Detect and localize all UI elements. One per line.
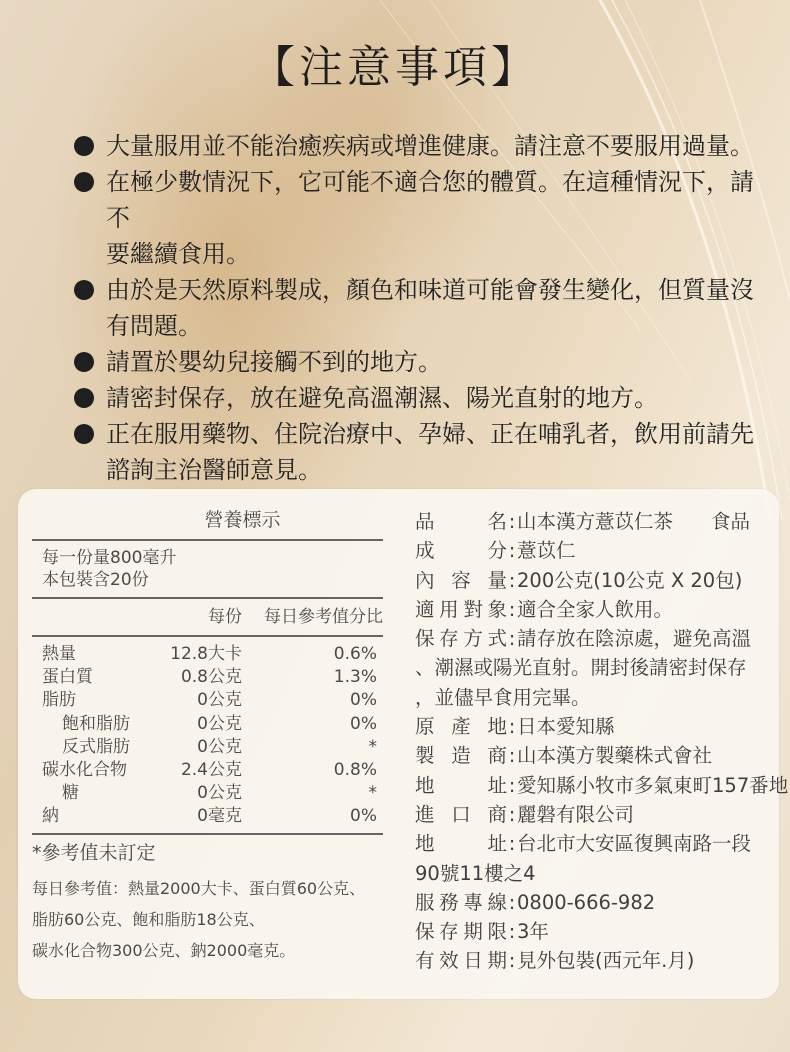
serving-size: 每一份量800毫升: [42, 547, 383, 569]
table-row: 熱量 12.8大卡 0.6%: [32, 643, 383, 666]
product-info: 品 名:山本漢方薏苡仁茶食品 成 分:薏苡仁 內 容 量:200公克(10公克 …: [415, 507, 775, 976]
header-daily-value: 每日參考值分比: [242, 605, 383, 629]
table-row: 納 0毫克 0%: [32, 805, 383, 828]
info-shelf-life: 保存期限:3年: [415, 917, 775, 946]
nutrition-facts-table: 營養標示 每一份量800毫升 本包裝含20份 每份 每日參考值分比 熱量 12.…: [32, 489, 383, 966]
nutrition-title: 營養標示: [32, 489, 383, 539]
info-manufacturer-address: 地 址:愛知縣小牧市多氣東町157番地: [415, 771, 775, 800]
warning-text: 請置於嬰幼兒接觸不到的地方。: [106, 344, 754, 380]
info-importer-address-cont: 90號11樓之4: [415, 859, 775, 888]
info-storage-cont: ，並儘早食用完畢。: [415, 683, 775, 712]
info-product-name: 品 名:山本漢方薏苡仁茶食品: [415, 507, 775, 536]
page-title: 【注意事項】: [0, 38, 790, 98]
bullet-icon: [74, 352, 94, 372]
nutrition-rows: 熱量 12.8大卡 0.6% 蛋白質 0.8公克 1.3% 脂肪 0公克 0% …: [32, 637, 383, 833]
info-storage-cont: 、潮濕或陽光直射。開封後請密封保存: [415, 653, 775, 682]
warning-item: 由於是天然原料製成，顏色和味道可能會發生變化，但質量沒 有問題。: [74, 272, 754, 344]
warning-text: 要繼續食用。: [106, 236, 754, 272]
header-per-serving: 每份: [172, 605, 242, 629]
info-importer-address: 地 址:台北市大安區復興南路一段: [415, 829, 775, 858]
warning-item: 在極少數情況下，它可能不適合您的體質。在這種情況下，請不 要繼續食用。: [74, 164, 754, 272]
info-storage: 保存方式:請存放在陰涼處，避免高溫: [415, 624, 775, 653]
bullet-icon: [74, 280, 94, 300]
warning-list: 大量服用並不能治癒疾病或增進健康。請注意不要服用過量。 在極少數情況下，它可能不…: [74, 128, 754, 488]
table-row: 反式脂肪 0公克 *: [32, 736, 383, 759]
category-label: 食品: [711, 507, 750, 536]
warning-item: 請置於嬰幼兒接觸不到的地方。: [74, 344, 754, 380]
bullet-icon: [74, 172, 94, 192]
warning-text: 大量服用並不能治癒疾病或增進健康。請注意不要服用過量。: [106, 128, 754, 164]
warning-text: 諮詢主治醫師意見。: [106, 452, 754, 488]
table-row: 蛋白質 0.8公克 1.3%: [32, 666, 383, 689]
info-net-content: 內 容 量:200公克(10公克 X 20包): [415, 566, 775, 595]
info-importer: 進 口 商:麗磐有限公司: [415, 800, 775, 829]
warning-text: 在極少數情況下，它可能不適合您的體質。在這種情況下，請不: [106, 164, 754, 236]
warning-text: 正在服用藥物、住院治療中、孕婦、正在哺乳者，飲用前請先: [106, 416, 754, 452]
table-row: 碳水化合物 2.4公克 0.8%: [32, 759, 383, 782]
warning-text: 由於是天然原料製成，顏色和味道可能會發生變化，但質量沒: [106, 272, 754, 308]
bullet-icon: [74, 136, 94, 156]
footnote: *參考值未訂定: [32, 835, 383, 873]
bullet-icon: [74, 388, 94, 408]
serving-info: 每一份量800毫升 本包裝含20份: [32, 541, 383, 597]
bullet-icon: [74, 424, 94, 444]
warning-item: 大量服用並不能治癒疾病或增進健康。請注意不要服用過量。: [74, 128, 754, 164]
warning-item: 請密封保存，放在避免高溫潮濕、陽光直射的地方。: [74, 380, 754, 416]
info-expiry-date: 有效日期:見外包裝(西元年.月): [415, 946, 775, 975]
warning-text: 有問題。: [106, 308, 754, 344]
info-card: 營養標示 每一份量800毫升 本包裝含20份 每份 每日參考值分比 熱量 12.…: [18, 489, 779, 999]
table-row: 飽和脂肪 0公克 0%: [32, 713, 383, 736]
daily-reference: 每日參考值：熱量2000大卡、蛋白質60公克、 脂肪60公克、飽和脂肪18公克、…: [32, 873, 383, 966]
warning-item: 正在服用藥物、住院治療中、孕婦、正在哺乳者，飲用前請先 諮詢主治醫師意見。: [74, 416, 754, 488]
table-row: 脂肪 0公克 0%: [32, 689, 383, 712]
info-suitable-for: 適用對象:適合全家人飲用。: [415, 595, 775, 624]
info-service-hotline: 服務專線:0800-666-982: [415, 888, 775, 917]
info-ingredients: 成 分:薏苡仁: [415, 536, 775, 565]
warning-text: 請密封保存，放在避免高溫潮濕、陽光直射的地方。: [106, 380, 754, 416]
table-row: 糖 0公克 *: [32, 782, 383, 805]
info-manufacturer: 製 造 商:山本漢方製藥株式會社: [415, 741, 775, 770]
table-header: 每份 每日參考值分比: [32, 599, 383, 635]
servings-per-package: 本包裝含20份: [42, 569, 383, 591]
info-origin: 原 產 地:日本愛知縣: [415, 712, 775, 741]
